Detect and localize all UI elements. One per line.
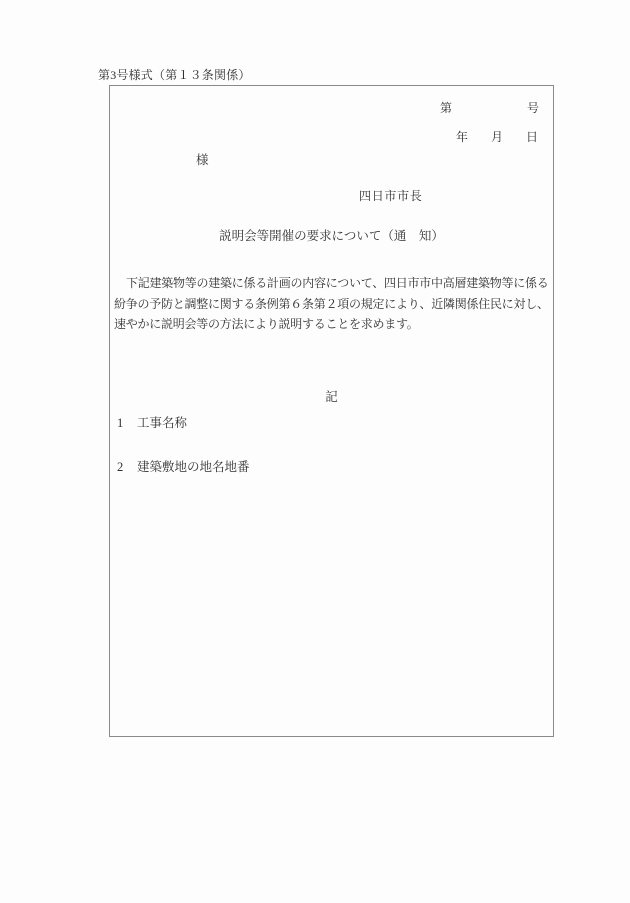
date-year-label: 年 (456, 128, 468, 145)
document-number-line: 第 号 (440, 99, 539, 116)
form-style-label: 第3号様式（第１３条関係） (98, 66, 251, 83)
document-number-prefix: 第 (440, 99, 452, 116)
body-line: 下記建築物等の建築に係る計画の内容について、四日市市中高層建築物等に係る (114, 273, 549, 294)
section-marker: 記 (110, 387, 553, 405)
sender-name: 四日市市長 (359, 187, 423, 204)
body-line: 紛争の予防と調整に関する条例第６条第２項の規定により、近隣関係住民に対し、 (114, 294, 549, 315)
body-paragraph: 下記建築物等の建築に係る計画の内容について、四日市市中高層建築物等に係る 紛争の… (114, 273, 549, 335)
document-frame: 第 号 年 月 日 様 四日市市長 説明会等開催の要求について（通 知） 下記建… (109, 85, 554, 737)
date-day-label: 日 (526, 128, 538, 145)
addressee-honorific: 様 (196, 150, 209, 168)
date-month-label: 月 (491, 128, 503, 145)
item-number: 1 (117, 416, 137, 431)
body-line: 速やかに説明会等の方法により説明することを求めます。 (114, 314, 549, 335)
list-item: 2建築敷地の地名地番 (117, 457, 250, 475)
document-page: 第3号様式（第１３条関係） 第 号 年 月 日 様 四日市市長 説明会等開催の要… (0, 0, 630, 903)
item-label: 建築敷地の地名地番 (137, 460, 250, 474)
document-title: 説明会等開催の要求について（通 知） (110, 226, 553, 244)
document-number-suffix: 号 (527, 99, 539, 116)
date-line: 年 月 日 (456, 128, 538, 145)
item-number: 2 (117, 460, 137, 475)
item-label: 工事名称 (137, 416, 187, 430)
list-item: 1工事名称 (117, 413, 187, 431)
